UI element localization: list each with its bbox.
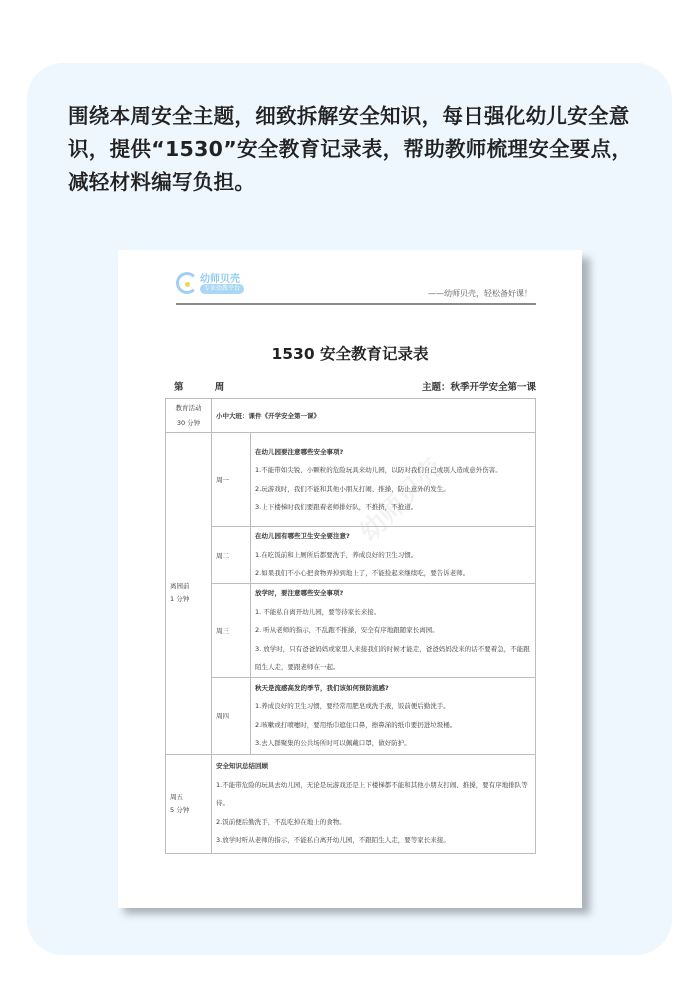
document-preview: 幼师贝壳 幼师贝壳 专业幼教平台 ——幼师贝壳，轻松备好课！ 1530 安全教育…: [118, 250, 582, 908]
friday-label-cell: 周五 5 分钟: [166, 754, 212, 853]
day-item: 1.养成良好的卫生习惯，要经常用肥皂或洗手液，饭前便后勤洗手。: [255, 697, 531, 716]
theme-label: 主题：秋季开学安全第一课: [422, 379, 536, 393]
friday-item: 1.不能带危险的玩具去幼儿园，无论是玩游戏还是上下楼梯都不能和其他小朋友打闹、推…: [216, 776, 531, 813]
day-item: 2.玩游戏时，我们不能和其他小朋友打闹、推搡，防止意外的发生。: [255, 480, 531, 499]
activity-label: 教育活动: [170, 401, 207, 416]
table-row-thursday: 周四 秋天是流感高发的季节，我们该如何预防流感? 1.养成良好的卫生习惯，要经常…: [166, 677, 536, 754]
activity-label-cell: 教育活动 30 分钟: [166, 399, 212, 433]
friday-content-cell: 安全知识总结回顾 1.不能带危险的玩具去幼儿园，无论是玩游戏还是上下楼梯都不能和…: [212, 754, 536, 853]
day-question: 在幼儿园要注意哪些安全事项?: [255, 443, 531, 462]
table-row-activity: 教育活动 30 分钟 小中大班：课件《开学安全第一课》: [166, 399, 536, 433]
section-duration: 1 分钟: [170, 593, 207, 606]
table-row-wednesday: 周三 放学时，要注意哪些安全事项? 1. 不能私自离开幼儿园，要等待家长来接。 …: [166, 584, 536, 678]
day-cell: 周二: [212, 527, 251, 584]
record-table: 教育活动 30 分钟 小中大班：课件《开学安全第一课》 离园前 1 分钟 周一 …: [165, 398, 536, 854]
activity-content: 小中大班：课件《开学安全第一课》: [216, 412, 320, 420]
day-item: 1.不能带如尖锐、小颗粒的危险玩具来幼儿园，以防对我们自己或别人造成意外伤害。: [255, 461, 531, 480]
day-content-cell: 秋天是流感高发的季节，我们该如何预防流感? 1.养成良好的卫生习惯，要经常用肥皂…: [251, 677, 536, 754]
table-row-friday: 周五 5 分钟 安全知识总结回顾 1.不能带危险的玩具去幼儿园，无论是玩游戏还是…: [166, 754, 536, 853]
header-divider: [176, 303, 536, 305]
day-item: 3.去人群聚集的公共场所时可以佩戴口罩，做好防护。: [255, 734, 531, 753]
day-question: 秋天是流感高发的季节，我们该如何预防流感?: [255, 679, 531, 698]
day-question: 放学时，要注意哪些安全事项?: [255, 584, 531, 603]
day-cell: 周四: [212, 677, 251, 754]
table-row-monday: 离园前 1 分钟 周一 在幼儿园要注意哪些安全事项? 1.不能带如尖锐、小颗粒的…: [166, 433, 536, 527]
day-item: 3. 放学时，只有爸爸妈妈或家里人来接我们的时候才能走，爸爸妈妈没来的话不要着急…: [255, 640, 531, 677]
day-content-cell: 在幼儿园要注意哪些安全事项? 1.不能带如尖锐、小颗粒的危险玩具来幼儿园，以防对…: [251, 433, 536, 527]
day-content-cell: 在幼儿园有哪些卫生安全要注意? 1.在吃饭前和上厕所后都要洗手，养成良好的卫生习…: [251, 527, 536, 584]
section-label-cell: 离园前 1 分钟: [166, 433, 212, 755]
day-item: 2. 听从老师的指示，不乱跑不推搡，安全有序地跟随家长离园。: [255, 621, 531, 640]
friday-item: 3.放学时听从老师的指示，不能私自离开幼儿园，不跟陌生人走，要等家长来接。: [216, 831, 531, 850]
activity-content-cell: 小中大班：课件《开学安全第一课》: [212, 399, 536, 433]
intro-text: 围绕本周安全主题，细致拆解安全知识，每日强化幼儿安全意识，提供“1530”安全教…: [68, 100, 638, 199]
day-cell: 周三: [212, 584, 251, 678]
friday-item: 2.饭前便后勤洗手，不乱吃掉在地上的食物。: [216, 813, 531, 832]
slogan: ——幼师贝壳，轻松备好课！: [428, 288, 532, 299]
week-label: 第 周: [174, 379, 238, 393]
section-label: 离园前: [170, 580, 207, 593]
logo-name: 幼师贝壳: [200, 270, 240, 285]
logo-dot-icon: [185, 282, 190, 287]
day-question: 在幼儿园有哪些卫生安全要注意?: [255, 527, 531, 546]
friday-duration: 5 分钟: [170, 804, 207, 817]
day-item: 2.如果我们不小心把食物弄掉到地上了，不能捡起来继续吃，要告诉老师。: [255, 564, 531, 583]
brand-logo: 幼师贝壳 专业幼教平台: [176, 270, 256, 298]
day-item: 3.上下楼梯时我们要跟着老师排好队，不推挤，不抢道。: [255, 498, 531, 517]
day-item: 1. 不能私自离开幼儿园，要等待家长来接。: [255, 603, 531, 622]
document-title: 1530 安全教育记录表: [118, 342, 582, 364]
activity-duration: 30 分钟: [170, 416, 207, 431]
day-cell: 周一: [212, 433, 251, 527]
day-item: 2.咳嗽或打喷嚏时，要用纸巾遮住口鼻，擦鼻涕的纸巾要扔进垃圾桶。: [255, 716, 531, 735]
table-row-tuesday: 周二 在幼儿园有哪些卫生安全要注意? 1.在吃饭前和上厕所后都要洗手，养成良好的…: [166, 527, 536, 584]
friday-label: 周五: [170, 791, 207, 804]
day-content-cell: 放学时，要注意哪些安全事项? 1. 不能私自离开幼儿园，要等待家长来接。 2. …: [251, 584, 536, 678]
day-item: 1.在吃饭前和上厕所后都要洗手，养成良好的卫生习惯。: [255, 546, 531, 565]
logo-subtitle: 专业幼教平台: [200, 284, 244, 294]
friday-title: 安全知识总结回顾: [216, 757, 531, 776]
